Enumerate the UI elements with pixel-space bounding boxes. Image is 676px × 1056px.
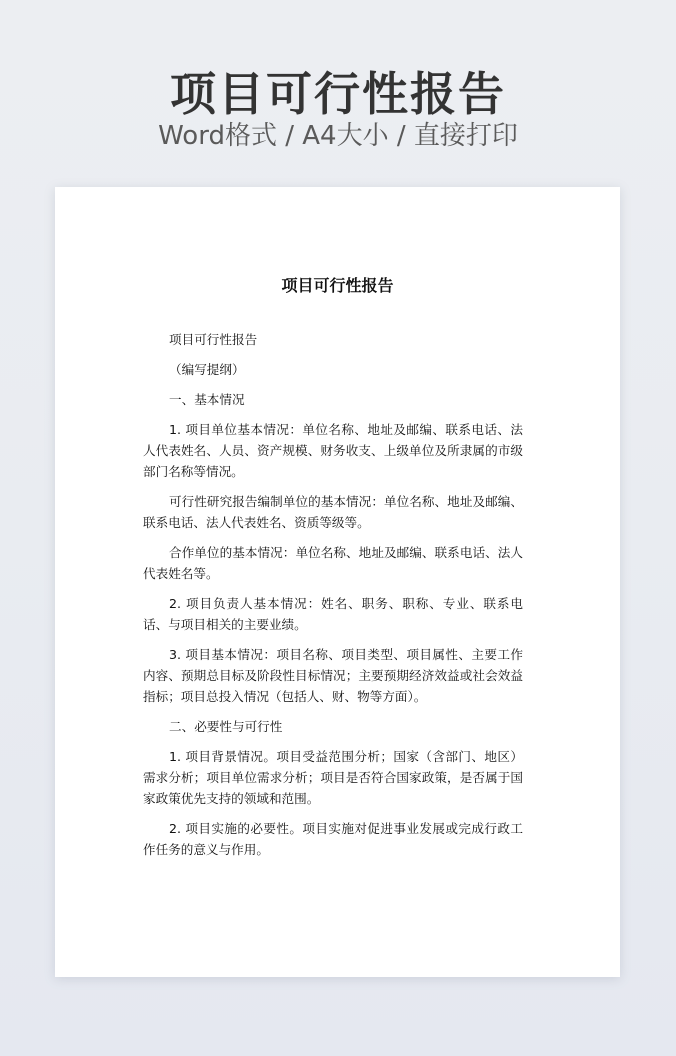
paragraph-unit-info: 1. 项目单位基本情况：单位名称、地址及邮编、联系电话、法人代表姓名、人员、资产…	[143, 419, 523, 482]
document-page: 项目可行性报告 项目可行性报告 （编写提纲） 一、基本情况 1. 项目单位基本情…	[55, 187, 620, 977]
section-heading-necessity: 二、必要性与可行性	[143, 716, 523, 737]
paragraph-outline-note: （编写提纲）	[143, 359, 523, 380]
hero-title: 项目可行性报告	[0, 64, 676, 124]
document-body: 项目可行性报告 （编写提纲） 一、基本情况 1. 项目单位基本情况：单位名称、地…	[143, 329, 523, 869]
document-title: 项目可行性报告	[55, 275, 620, 297]
paragraph-partner-info: 合作单位的基本情况：单位名称、地址及邮编、联系电话、法人代表姓名等。	[143, 542, 523, 584]
hero-subtitle: Word格式 / A4大小 / 直接打印	[0, 118, 676, 154]
paragraph-project-info: 3. 项目基本情况：项目名称、项目类型、项目属性、主要工作内容、预期总目标及阶段…	[143, 644, 523, 707]
paragraph-necessity: 2. 项目实施的必要性。项目实施对促进事业发展或完成行政工作任务的意义与作用。	[143, 818, 523, 860]
paragraph-heading-report: 项目可行性报告	[143, 329, 523, 350]
paragraph-background: 1. 项目背景情况。项目受益范围分析；国家（含部门、地区）需求分析；项目单位需求…	[143, 746, 523, 809]
paragraph-preparer-info: 可行性研究报告编制单位的基本情况：单位名称、地址及邮编、联系电话、法人代表姓名、…	[143, 491, 523, 533]
section-heading-basic-info: 一、基本情况	[143, 389, 523, 410]
paragraph-leader-info: 2. 项目负责人基本情况：姓名、职务、职称、专业、联系电话、与项目相关的主要业绩…	[143, 593, 523, 635]
